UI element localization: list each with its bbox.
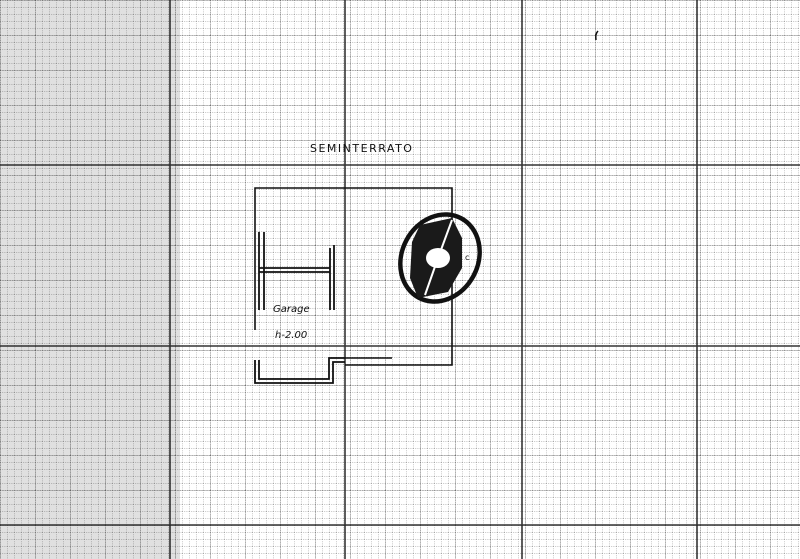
graph-paper-grid bbox=[0, 0, 800, 559]
plan-title: SEMINTERRATO bbox=[310, 142, 413, 155]
room-label-garage: Garage bbox=[273, 304, 310, 315]
floor-plan-sheet: SEMINTERRATO Garage h-2.00 c bbox=[0, 0, 800, 559]
room-height-label: h-2.00 bbox=[275, 330, 307, 341]
stair-annotation: c bbox=[465, 253, 469, 262]
